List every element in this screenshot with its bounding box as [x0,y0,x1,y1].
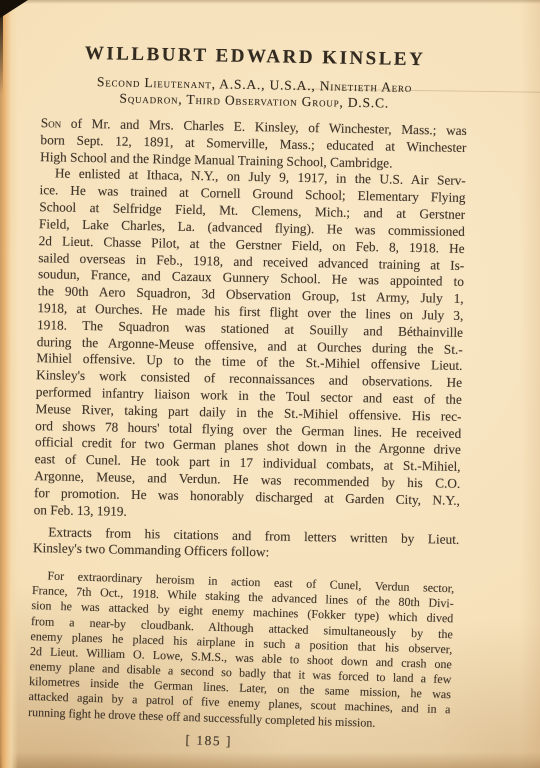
book-page-edges [0,0,18,768]
entry-title: WILLBURT EDWARD KINSLEY [42,42,468,72]
page-content: WILLBURT EDWARD KINSLEY Second Lieutenan… [29,0,469,754]
entry-subtitle: Second Lieutenant, A.S.A., U.S.A., Ninet… [41,73,467,112]
small-caps-lead: Son [41,115,62,130]
paragraph: Extracts from his citations and from let… [33,524,460,565]
paragraph: For extraordinary heroism in action east… [28,569,455,734]
citation-text: For extraordinary heroism in action east… [28,569,455,734]
paragraph: Son of Mr. and Mrs. Charles E. Kinsley, … [40,115,467,173]
scanned-book-page: WILLBURT EDWARD KINSLEY Second Lieutenan… [0,0,540,768]
paragraph: He enlisted at Ithaca, N.Y., on July 9, … [34,166,466,527]
biography-text: Son of Mr. and Mrs. Charles E. Kinsley, … [33,115,467,565]
